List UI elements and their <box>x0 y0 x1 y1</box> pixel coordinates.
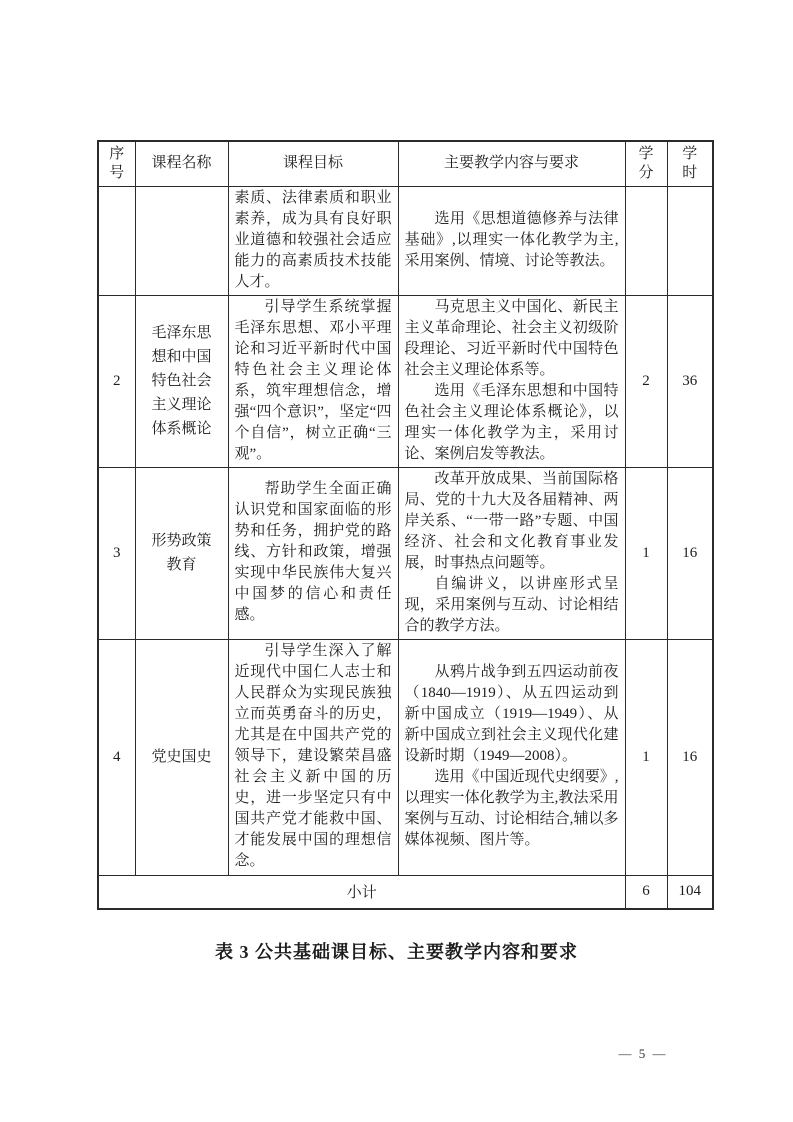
subtotal-label: 小计 <box>98 875 625 909</box>
cell-course-objective: 帮助学生全面正确认识党和国家面临的形势和任务，拥护党的路线、方针和政策，增强实现… <box>228 467 398 639</box>
cell-seq-number: 3 <box>98 467 135 639</box>
content-paragraph: 自编讲义，以讲座形式呈现，采用案例与互动、讨论相结合的教学方法。 <box>405 574 619 637</box>
cell-credits: 1 <box>625 639 667 875</box>
course-table: 序 号 课程名称 课程目标 主要教学内容与要求 学 分 学 时 素质、法律素质和… <box>97 140 714 910</box>
header-seq-number: 序 号 <box>98 141 135 186</box>
cell-hours: 16 <box>667 467 713 639</box>
content-paragraph: 从鸦片战争到五四运动前夜（1840—1919）、从五四运动到新中国成立（1919… <box>405 662 619 767</box>
table-row-4: 4 党史国史 引导学生深入了解近现代中国仁人志士和人民群众为实现民族独立而英勇奋… <box>98 639 713 875</box>
cell-seq-number: 2 <box>98 295 135 467</box>
header-hours: 学 时 <box>667 141 713 186</box>
cell-credits: 1 <box>625 467 667 639</box>
cell-course-objective: 引导学生系统掌握毛泽东思想、邓小平理论和习近平新时代中国特色社会主义理论体系，筑… <box>228 295 398 467</box>
table-caption: 表 3 公共基础课目标、主要教学内容和要求 <box>0 938 793 964</box>
cell-course-name: 形势政策教育 <box>135 467 228 639</box>
objective-paragraph: 引导学生深入了解近现代中国仁人志士和人民群众为实现民族独立而英勇奋斗的历史，尤其… <box>235 641 392 872</box>
header-teaching-content: 主要教学内容与要求 <box>398 141 625 186</box>
cell-seq-number <box>98 186 135 295</box>
table-header-row: 序 号 课程名称 课程目标 主要教学内容与要求 学 分 学 时 <box>98 141 713 186</box>
table-row-1-continuation: 素质、法律素质和职业素养，成为具有良好职业道德和较强社会适应能力的高素质技术技能… <box>98 186 713 295</box>
document-page: 序 号 课程名称 课程目标 主要教学内容与要求 学 分 学 时 素质、法律素质和… <box>0 0 793 1122</box>
table-subtotal-row: 小计 6 104 <box>98 875 713 909</box>
cell-seq-number: 4 <box>98 639 135 875</box>
cell-hours <box>667 186 713 295</box>
content-paragraph: 选用《毛泽东思想和中国特色社会主义理论体系概论》，以理实一体化教学为主，采用讨论… <box>405 381 619 465</box>
header-course-name: 课程名称 <box>135 141 228 186</box>
cell-teaching-content: 改革开放成果、当前国际格局、党的十九大及各届精神、两岸关系、“一带一路”专题、中… <box>398 467 625 639</box>
table-row-3: 3 形势政策教育 帮助学生全面正确认识党和国家面临的形势和任务，拥护党的路线、方… <box>98 467 713 639</box>
cell-course-objective: 素质、法律素质和职业素养，成为具有良好职业道德和较强社会适应能力的高素质技术技能… <box>228 186 398 295</box>
content-paragraph: 选用《中国近现代史纲要》,以理实一体化教学为主,教法采用案例与互动、讨论相结合,… <box>405 767 619 851</box>
subtotal-credits: 6 <box>625 875 667 909</box>
content-paragraph: 改革开放成果、当前国际格局、党的十九大及各届精神、两岸关系、“一带一路”专题、中… <box>405 469 619 574</box>
objective-paragraph: 引导学生系统掌握毛泽东思想、邓小平理论和习近平新时代中国特色社会主义理论体系，筑… <box>235 297 392 465</box>
cell-course-name: 毛泽东思想和中国特色社会主义理论体系概论 <box>135 295 228 467</box>
cell-teaching-content: 选用《思想道德修养与法律基础》,以理实一体化教学为主,采用案例、情境、讨论等教法… <box>398 186 625 295</box>
objective-paragraph: 帮助学生全面正确认识党和国家面临的形势和任务，拥护党的路线、方针和政策，增强实现… <box>235 479 392 626</box>
content-paragraph: 马克思主义中国化、新民主主义革命理论、社会主义初级阶段理论、习近平新时代中国特色… <box>405 297 619 381</box>
page-number: — 5 — <box>606 1046 680 1062</box>
cell-course-name: 党史国史 <box>135 639 228 875</box>
cell-hours: 36 <box>667 295 713 467</box>
cell-credits: 2 <box>625 295 667 467</box>
content-paragraph: 选用《思想道德修养与法律基础》,以理实一体化教学为主,采用案例、情境、讨论等教法… <box>405 209 619 272</box>
table-row-2: 2 毛泽东思想和中国特色社会主义理论体系概论 引导学生系统掌握毛泽东思想、邓小平… <box>98 295 713 467</box>
objective-paragraph: 素质、法律素质和职业素养，成为具有良好职业道德和较强社会适应能力的高素质技术技能… <box>235 188 392 293</box>
header-credits: 学 分 <box>625 141 667 186</box>
cell-credits <box>625 186 667 295</box>
cell-course-name <box>135 186 228 295</box>
subtotal-hours: 104 <box>667 875 713 909</box>
cell-teaching-content: 从鸦片战争到五四运动前夜（1840—1919）、从五四运动到新中国成立（1919… <box>398 639 625 875</box>
header-course-objective: 课程目标 <box>228 141 398 186</box>
cell-course-objective: 引导学生深入了解近现代中国仁人志士和人民群众为实现民族独立而英勇奋斗的历史，尤其… <box>228 639 398 875</box>
cell-hours: 16 <box>667 639 713 875</box>
cell-teaching-content: 马克思主义中国化、新民主主义革命理论、社会主义初级阶段理论、习近平新时代中国特色… <box>398 295 625 467</box>
